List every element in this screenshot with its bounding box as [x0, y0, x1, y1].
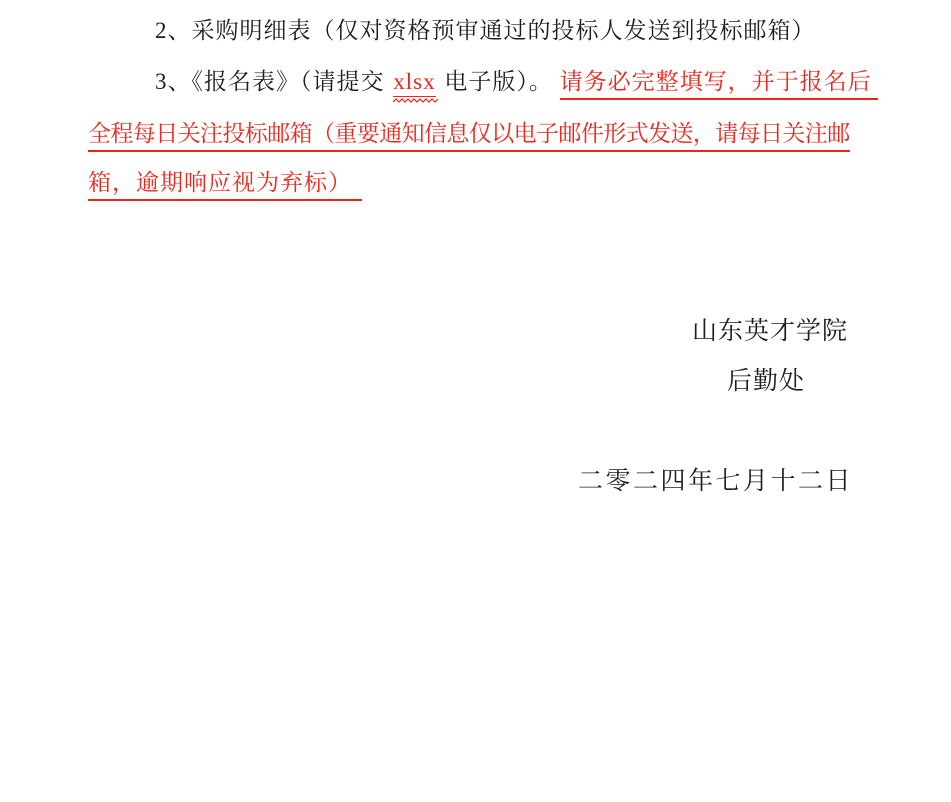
warning-text-line3: 箱，逾期响应视为弃标）: [88, 170, 362, 201]
spellcheck-wavy-underline-icon: [393, 98, 439, 103]
warning-row: 全程每日关注投标邮箱（重要通知信息仅以电子邮件形式发送，请每日关注邮: [88, 120, 850, 149]
warning-row: 箱，逾期响应视为弃标）: [88, 169, 362, 198]
list-item-3-prefix: 3、《报名表》（请提交: [155, 69, 385, 94]
xlsx-format-text: xlsx: [393, 69, 435, 97]
list-item-2: 2、采购明细表（仅对资格预审通过的投标人发送到投标邮箱）: [155, 17, 816, 46]
signature-date: 二零二四年七月十二日: [578, 467, 853, 497]
warning-text-line1: 请务必完整填写，并于报名后: [560, 69, 878, 100]
document-page: 2、采购明细表（仅对资格预审通过的投标人发送到投标邮箱） 3、《报名表》（请提交…: [0, 0, 951, 802]
list-item-3-middle: 电子版）。: [444, 69, 553, 94]
xlsx-format-term: xlsx: [393, 68, 435, 97]
signature-organization: 山东英才学院: [692, 317, 848, 347]
list-item-3: 3、《报名表》（请提交 xlsx 电子版）。 请务必完整填写，并于报名后: [155, 68, 878, 97]
warning-text-line2: 全程每日关注投标邮箱（重要通知信息仅以电子邮件形式发送，请每日关注邮: [88, 121, 850, 152]
signature-department: 后勤处: [727, 367, 805, 397]
